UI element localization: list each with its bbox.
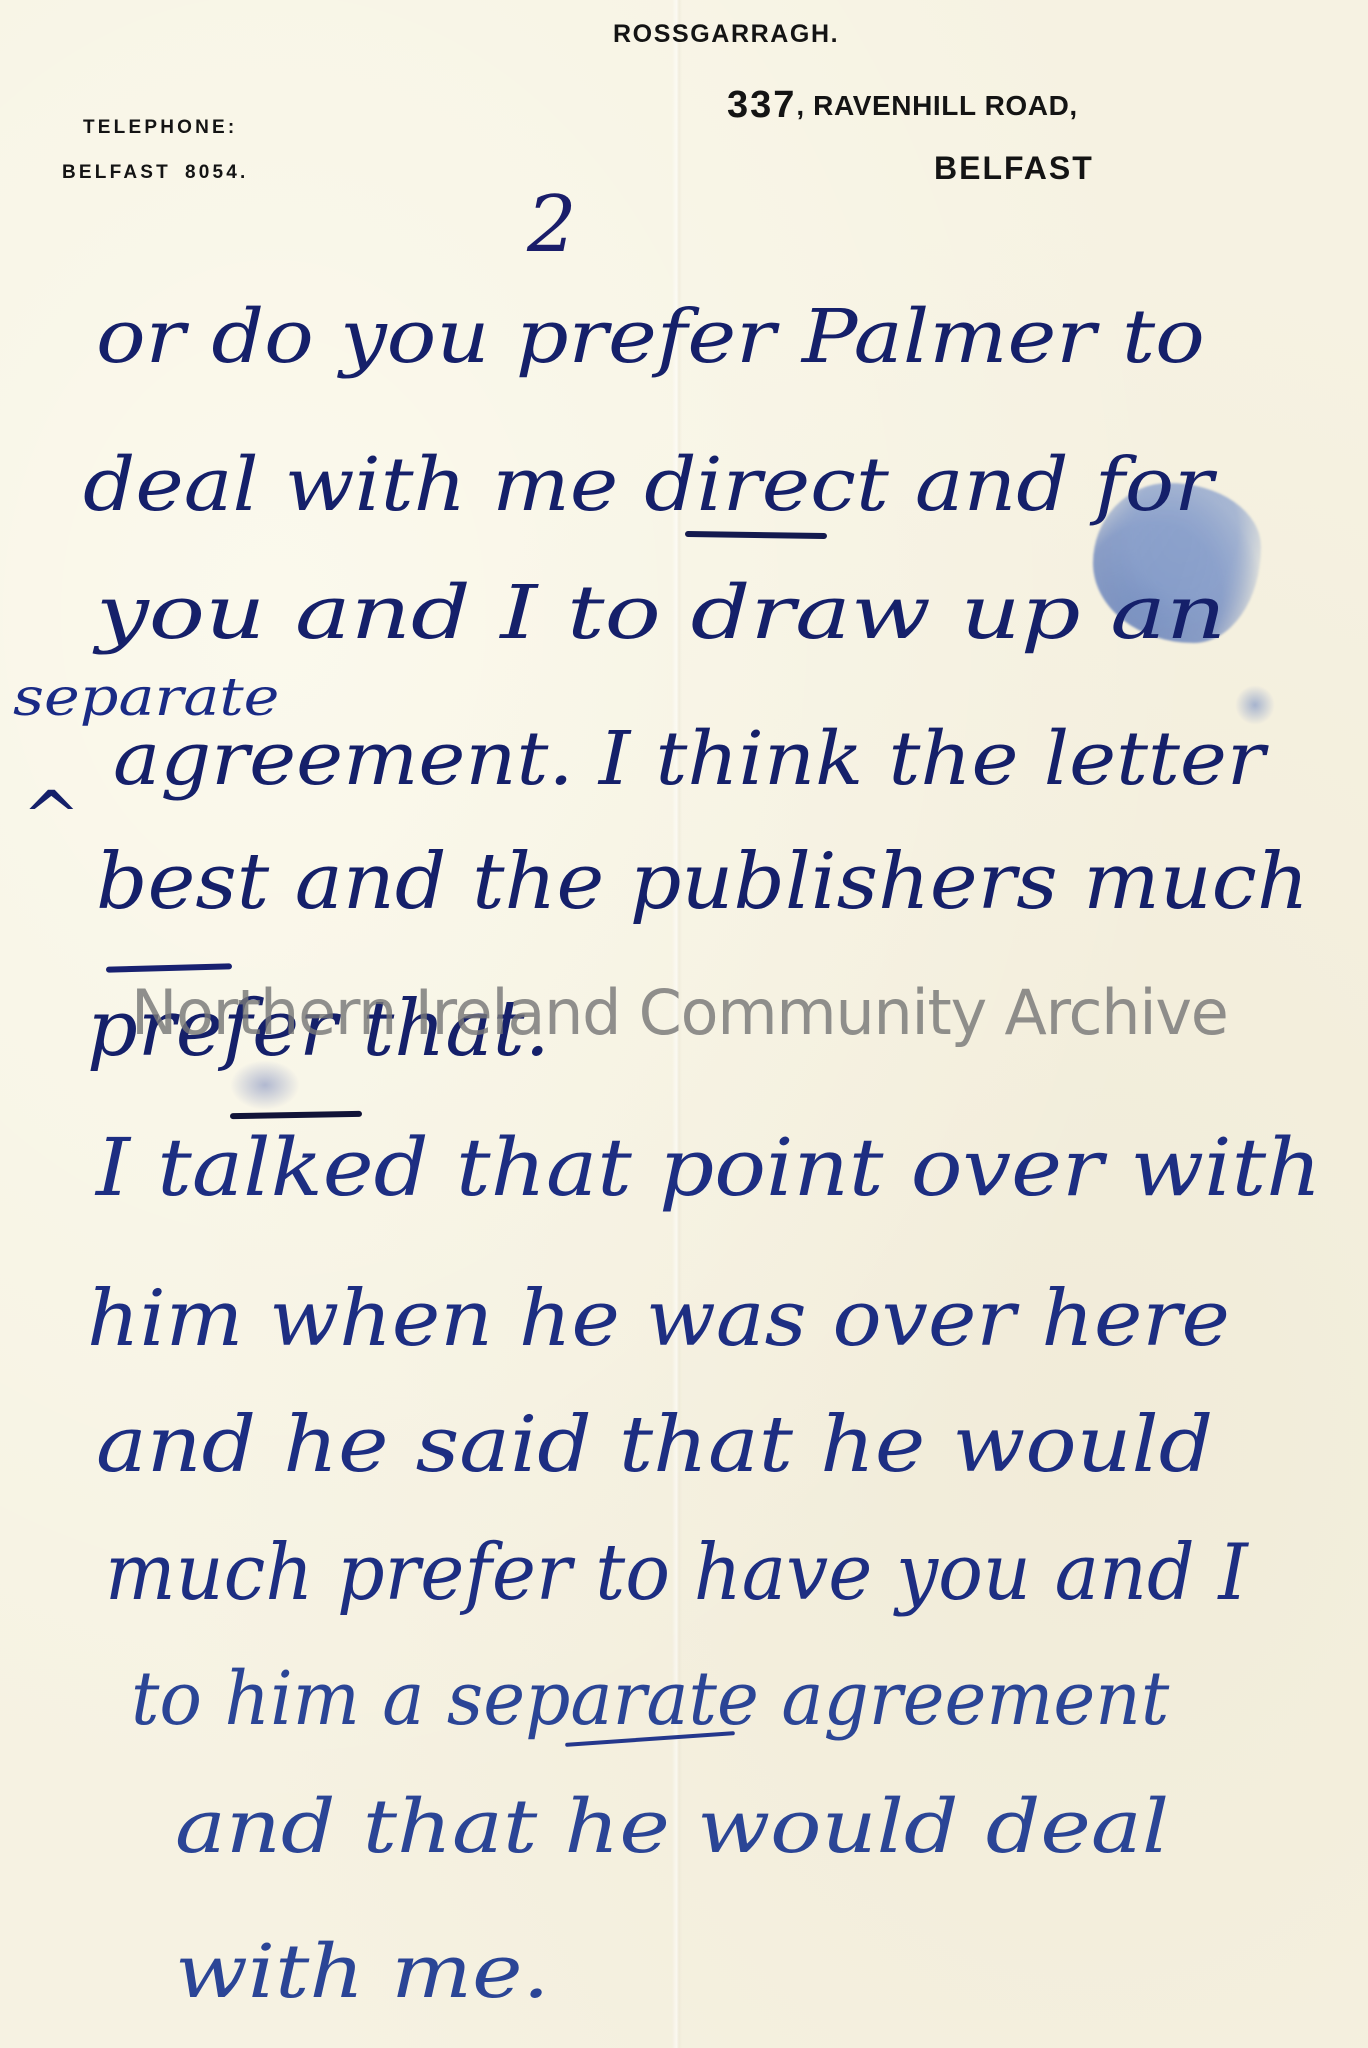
handwritten-line: and that he would deal xyxy=(175,1790,1169,1864)
handwritten-line: much prefer to have you and I xyxy=(105,1534,1248,1612)
underline-best xyxy=(106,963,232,972)
letterhead-city: BELFAST xyxy=(934,152,1094,184)
archive-watermark: Northern Ireland Community Archive xyxy=(131,982,1228,1044)
letterhead-street: , RAVENHILL ROAD, xyxy=(796,90,1077,121)
letterhead-street-number: 337 xyxy=(727,84,796,126)
t-cross-stroke xyxy=(230,1111,362,1119)
letterhead-house-name: ROSSGARRAGH. xyxy=(613,22,839,47)
handwritten-line: deal with me direct and for xyxy=(83,448,1213,522)
page-number: 2 xyxy=(527,186,577,264)
insertion-caret: ^ xyxy=(22,782,81,852)
telephone-digits: 8054. xyxy=(185,162,249,183)
letterhead-address: 337, RAVENHILL ROAD, xyxy=(727,86,1078,124)
handwritten-line: with me. xyxy=(175,1935,550,2009)
handwritten-line: or do you prefer Palmer to xyxy=(96,300,1205,374)
handwritten-line: and he said that he would xyxy=(96,1406,1213,1484)
handwritten-line: I talked that point over with xyxy=(96,1128,1322,1208)
handwritten-line: agreement. I think the letter xyxy=(113,722,1265,796)
telephone-exchange: BELFAST xyxy=(62,162,171,183)
handwritten-line: to him a separate agreement xyxy=(131,1662,1169,1736)
underline-direct xyxy=(685,531,827,539)
handwritten-line: you and I to draw up an xyxy=(96,576,1226,650)
telephone-number: BELFAST8054. xyxy=(62,163,249,182)
telephone-label: TELEPHONE: xyxy=(83,118,237,137)
letter-page: ROSSGARRAGH. 337, RAVENHILL ROAD, BELFAS… xyxy=(0,0,1368,2048)
handwritten-line: him when he was over here xyxy=(87,1280,1230,1358)
handwritten-line: best and the publishers much xyxy=(96,843,1309,921)
